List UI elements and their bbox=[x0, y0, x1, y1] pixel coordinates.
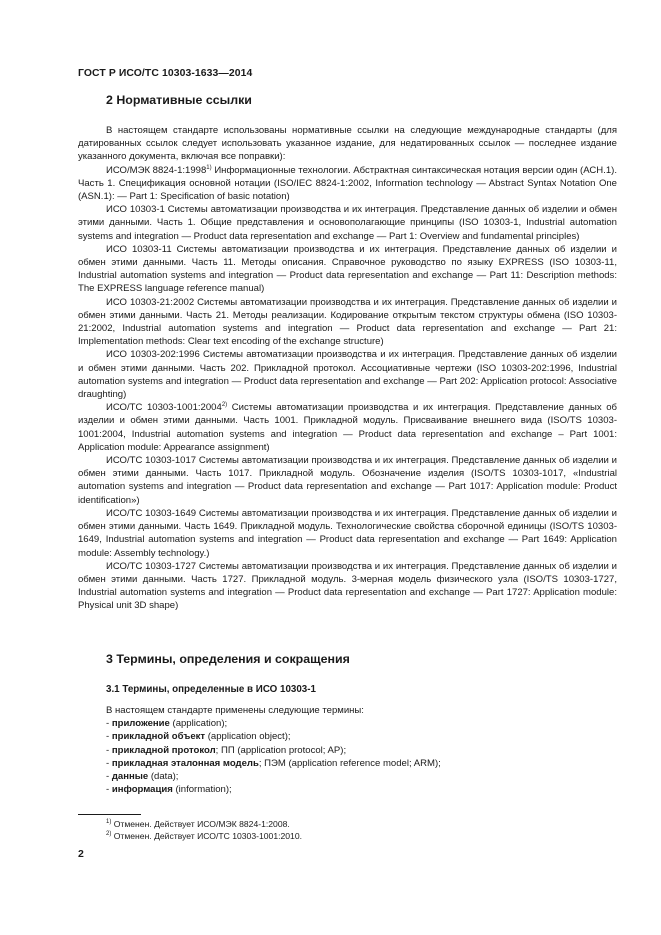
term-translation: ; ПП (application protocol; AP); bbox=[216, 745, 346, 756]
term-item: - прикладная эталонная модель; ПЭМ (appl… bbox=[78, 757, 617, 770]
reference-code: ИСО/ТС 10303-1017 bbox=[106, 455, 196, 466]
term-translation: (data); bbox=[148, 771, 178, 782]
term-item: - данные (data); bbox=[78, 770, 617, 783]
term-translation: (application); bbox=[170, 718, 227, 729]
section-2-intro: В настоящем стандарте использованы норма… bbox=[78, 124, 617, 164]
term-name: приложение bbox=[112, 718, 170, 729]
footnote-divider bbox=[78, 814, 141, 815]
reference-code: ИСО/МЭК 8824-1:1998 bbox=[106, 165, 206, 176]
reference-code: ИСО 10303-1 bbox=[106, 204, 165, 215]
term-item: - приложение (application); bbox=[78, 717, 617, 730]
reference-code: ИСО 10303-202:1996 bbox=[106, 349, 200, 360]
footnote-text: Отменен. Действует ИСО/МЭК 8824-1:2008. bbox=[111, 819, 289, 829]
normative-reference: ИСО 10303-1 Системы автоматизации произв… bbox=[78, 203, 617, 243]
terms-intro: В настоящем стандарте применены следующи… bbox=[78, 704, 617, 717]
term-item: - информация (information); bbox=[78, 783, 617, 796]
section-2-title: 2 Нормативные ссылки bbox=[106, 93, 252, 107]
term-name: прикладной объект bbox=[112, 731, 205, 742]
term-item: - прикладной протокол; ПП (application p… bbox=[78, 744, 617, 757]
page-number: 2 bbox=[78, 848, 84, 860]
term-translation: ; ПЭМ (application reference model; ARM)… bbox=[259, 758, 441, 769]
footnotes: 1) Отменен. Действует ИСО/МЭК 8824-1:200… bbox=[106, 818, 302, 842]
normative-reference: ИСО 10303-21:2002 Системы автоматизации … bbox=[78, 296, 617, 349]
reference-code: ИСО/ТС 10303-1001:2004 bbox=[106, 402, 222, 413]
section-3-title: 3 Термины, определения и сокращения bbox=[106, 652, 350, 666]
normative-reference: ИСО 10303-202:1996 Системы автоматизации… bbox=[78, 348, 617, 401]
normative-reference: ИСО/ТС 10303-1649 Системы автоматизации … bbox=[78, 507, 617, 560]
document-header-id: ГОСТ Р ИСО/ТС 10303-1633—2014 bbox=[78, 68, 252, 79]
normative-reference: ИСО/МЭК 8824-1:19981) Информационные тех… bbox=[78, 164, 617, 204]
term-item: - прикладной объект (application object)… bbox=[78, 730, 617, 743]
section-2-body: В настоящем стандарте использованы норма… bbox=[78, 124, 617, 613]
normative-reference: ИСО/ТС 10303-1727 Системы автоматизации … bbox=[78, 560, 617, 613]
term-translation: (information); bbox=[173, 784, 232, 795]
reference-code: ИСО/ТС 10303-1727 bbox=[106, 561, 196, 572]
normative-reference: ИСО 10303-11 Системы автоматизации произ… bbox=[78, 243, 617, 296]
footnote-item: 2) Отменен. Действует ИСО/ТС 10303-1001:… bbox=[106, 830, 302, 842]
term-name: прикладной протокол bbox=[112, 745, 216, 756]
section-3-1-title: 3.1 Термины, определенные в ИСО 10303-1 bbox=[106, 684, 316, 695]
section-3-1-body: В настоящем стандарте применены следующи… bbox=[78, 704, 617, 796]
normative-reference: ИСО/ТС 10303-1001:20042) Системы автомат… bbox=[78, 401, 617, 454]
term-translation: (application object); bbox=[205, 731, 290, 742]
term-name: данные bbox=[112, 771, 148, 782]
reference-code: ИСО/ТС 10303-1649 bbox=[106, 508, 196, 519]
reference-code: ИСО 10303-11 bbox=[106, 244, 172, 255]
reference-code: ИСО 10303-21:2002 bbox=[106, 297, 194, 308]
footnote-item: 1) Отменен. Действует ИСО/МЭК 8824-1:200… bbox=[106, 818, 302, 830]
term-name: информация bbox=[112, 784, 173, 795]
footnote-text: Отменен. Действует ИСО/ТС 10303-1001:201… bbox=[111, 831, 302, 841]
term-name: прикладная эталонная модель bbox=[112, 758, 259, 769]
normative-reference: ИСО/ТС 10303-1017 Системы автоматизации … bbox=[78, 454, 617, 507]
